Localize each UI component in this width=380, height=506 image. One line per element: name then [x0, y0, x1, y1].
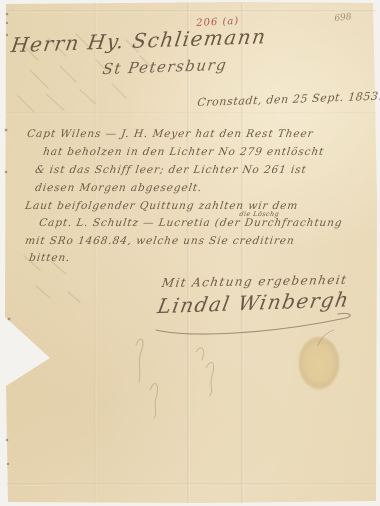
vertical-fold-crease: [241, 2, 244, 503]
vertical-fold-crease: [187, 2, 190, 503]
body-line: & ist das Schiff leer; der Lichter No 26…: [34, 164, 307, 176]
body-line: hat beholzen in den Lichter No 279 entlö…: [42, 146, 325, 158]
vertical-fold-crease: [94, 2, 97, 503]
interline-insertion-note: die Löschg: [239, 210, 280, 218]
letter-scan: 206 (a) 698 Herrn Hy. Schliemann St Pete…: [0, 0, 380, 506]
body-line: mit SRo 1468.84, welche uns Sie creditir…: [24, 235, 295, 247]
horizontal-fold-crease: [6, 483, 376, 486]
body-line: diesen Morgen abgesegelt.: [34, 182, 203, 194]
archival-page-number: 698: [334, 12, 352, 24]
horizontal-fold-crease: [6, 112, 376, 115]
body-line: Capt Wilens — J. H. Meyer hat den Rest T…: [26, 128, 314, 140]
horizontal-fold-crease: [6, 10, 376, 13]
body-line: bitten.: [28, 252, 71, 264]
body-line: Capt. L. Schultz — Lucretia (der Durchfr…: [38, 217, 343, 229]
grease-stain: [298, 336, 340, 390]
